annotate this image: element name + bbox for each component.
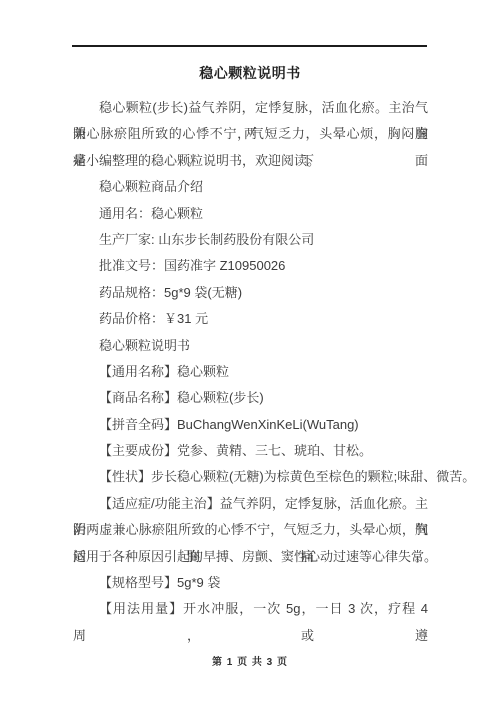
text-line: 适用于各种原因引起的早搏、房颤、窦性心动过速等心律失常。 — [73, 544, 428, 570]
text-line: 【适应症/功能主治】益气养阴，定悸复脉，活血化瘀。主治气 — [73, 491, 428, 517]
text-line: 【通用名称】稳心颗粒 — [73, 359, 428, 385]
text-line: 【商品名称】稳心颗粒(步长) — [73, 385, 428, 411]
document-body: 稳心颗粒(步长)益气养阴，定悸复脉，活血化瘀。主治气阴两虚兼心脉瘀阻所致的心悸不… — [73, 95, 428, 623]
text-line: 生产厂家: 山东步长制药股份有限公司 — [73, 227, 428, 253]
text-line: 批准文号：国药准字 Z10950026 — [73, 253, 428, 279]
text-line: 【规格型号】5g*9 袋 — [73, 570, 428, 596]
text-line: 【性状】步长稳心颗粒(无糖)为棕黄色至棕色的颗粒;味甜、微苦。 — [73, 464, 428, 490]
text-line: 阴两虚兼心脉瘀阻所致的心悸不宁，气短乏力，头晕心烦，胸闷胸痛。 — [73, 517, 428, 543]
page-footer: 第 1 页 共 3 页 — [0, 653, 500, 668]
text-line: 药品价格：￥31 元 — [73, 306, 428, 332]
header-rule — [72, 45, 427, 47]
page-title: 稳心颗粒说明书 — [0, 63, 500, 83]
text-line: 【用法用量】开水冲服，一次 5g，一日 3 次，疗程 4 周，或遵 — [73, 596, 428, 622]
text-line: 药品规格：5g*9 袋(无糖) — [73, 280, 428, 306]
text-line: 通用名：稳心颗粒 — [73, 201, 428, 227]
text-line: 【主要成份】党参、黄精、三七、琥珀、甘松。 — [73, 438, 428, 464]
text-line: 稳心颗粒(步长)益气养阴，定悸复脉，活血化瘀。主治气阴两虚 — [73, 95, 428, 121]
text-line: 兼心脉瘀阻所致的心悸不宁，气短乏力，头晕心烦，胸闷胸痛。下面 — [73, 121, 428, 147]
text-line: 稳心颗粒说明书 — [73, 333, 428, 359]
text-line: 【拼音全码】BuChangWenXinKeLi(WuTang) — [73, 412, 428, 438]
text-line: 稳心颗粒商品介绍 — [73, 174, 428, 200]
document-page: 稳心颗粒说明书 稳心颗粒(步长)益气养阴，定悸复脉，活血化瘀。主治气阴两虚兼心脉… — [0, 0, 500, 707]
